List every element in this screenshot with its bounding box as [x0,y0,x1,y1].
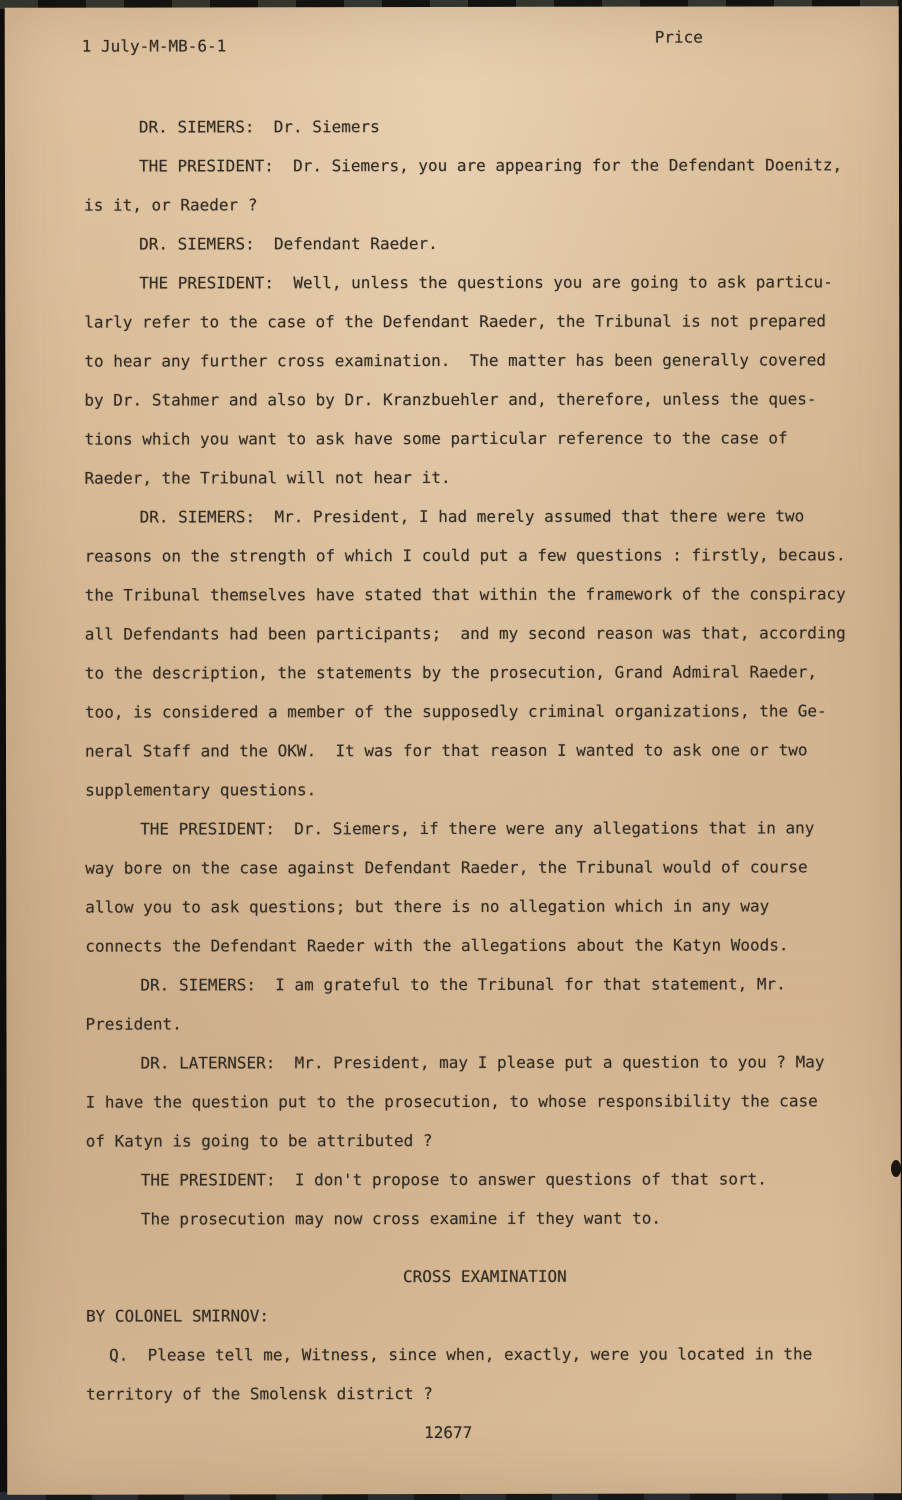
transcript-line: I have the question put to the prosecuti… [7,1081,901,1122]
spacer [7,1237,901,1258]
transcript-line: DR. SIEMERS: I am grateful to the Tribun… [6,964,900,1005]
page-number: 12677 [1,1412,895,1453]
transcript-line: BY COLONEL SMIRNOV: [7,1295,901,1336]
transcript-line: THE PRESIDENT: Dr. Siemers, if there wer… [6,808,900,849]
transcript-line: reasons on the strength of which I could… [6,535,900,576]
transcript-line: Q. Please tell me, Witness, since when, … [7,1334,901,1375]
section-heading: CROSS EXAMINATION [38,1256,902,1297]
page-header-reporter-name: Price [655,30,703,46]
transcript-line: territory of the Smolensk district ? [7,1373,901,1414]
transcript-line: tions which you want to ask have some pa… [5,418,899,459]
page-header-reference: 1 July-M-MB-6-1 [82,38,227,54]
transcript-line: all Defendants had been participants; an… [6,613,900,654]
transcript-line: DR. SIEMERS: Mr. President, I had merely… [6,496,900,537]
transcript-body: DR. SIEMERS: Dr. SiemersTHE PRESIDENT: D… [5,106,901,1453]
transcript-line: too, is considered a member of the suppo… [6,691,900,732]
transcript-line: larly refer to the case of the Defendant… [5,301,899,342]
transcript-line: the Tribunal themselves have stated that… [6,574,900,615]
transcript-line: neral Staff and the OKW. It was for that… [6,730,900,771]
transcript-line: way bore on the case against Defendant R… [6,847,900,888]
transcript-line: THE PRESIDENT: I don't propose to answer… [7,1159,901,1200]
transcript-line: Raeder, the Tribunal will not hear it. [5,457,899,498]
transcript-line: to the description, the statements by th… [6,652,900,693]
transcript-line: THE PRESIDENT: Dr. Siemers, you are appe… [5,145,899,186]
transcript-line: supplementary questions. [6,769,900,810]
transcript-line: of Katyn is going to be attributed ? [7,1120,901,1161]
transcript-line: DR. LATERNSER: Mr. President, may I plea… [7,1042,901,1083]
transcript-line: The prosecution may now cross examine if… [7,1198,901,1239]
transcript-line: by Dr. Stahmer and also by Dr. Kranzbueh… [5,379,899,420]
transcript-line: THE PRESIDENT: Well, unless the question… [5,262,899,303]
transcript-line: connects the Defendant Raeder with the a… [6,925,900,966]
transcript-line: to hear any further cross examination. T… [5,340,899,381]
scanned-page: 1 July-M-MB-6-1 Price DR. SIEMERS: Dr. S… [5,6,902,1495]
transcript-line: DR. SIEMERS: Defendant Raeder. [5,223,899,264]
transcript-line: DR. SIEMERS: Dr. Siemers [5,106,899,147]
transcript-line: is it, or Raeder ? [5,184,899,225]
transcript-line: allow you to ask questions; but there is… [6,886,900,927]
transcript-line: President. [6,1003,900,1044]
scan-artifact-blob [891,1160,901,1177]
